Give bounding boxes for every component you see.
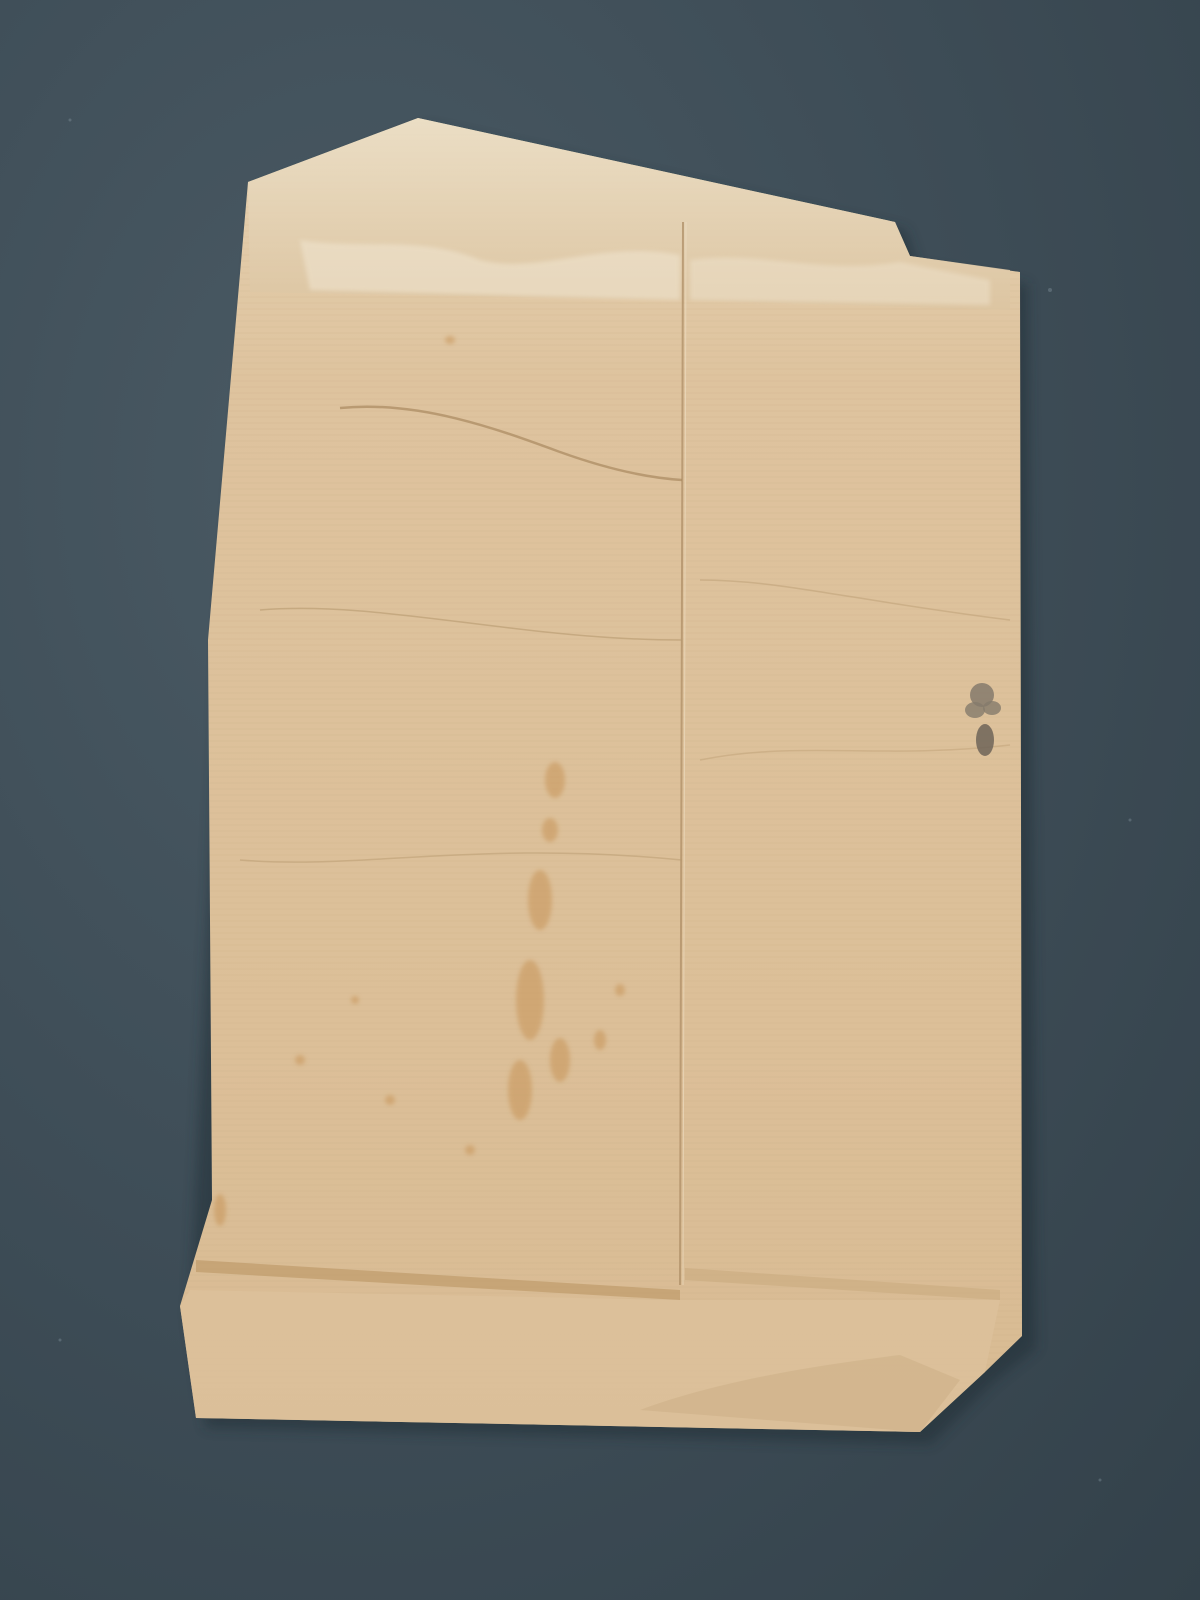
photo-scene (0, 0, 1200, 1600)
envelope-illustration (0, 0, 1200, 1600)
